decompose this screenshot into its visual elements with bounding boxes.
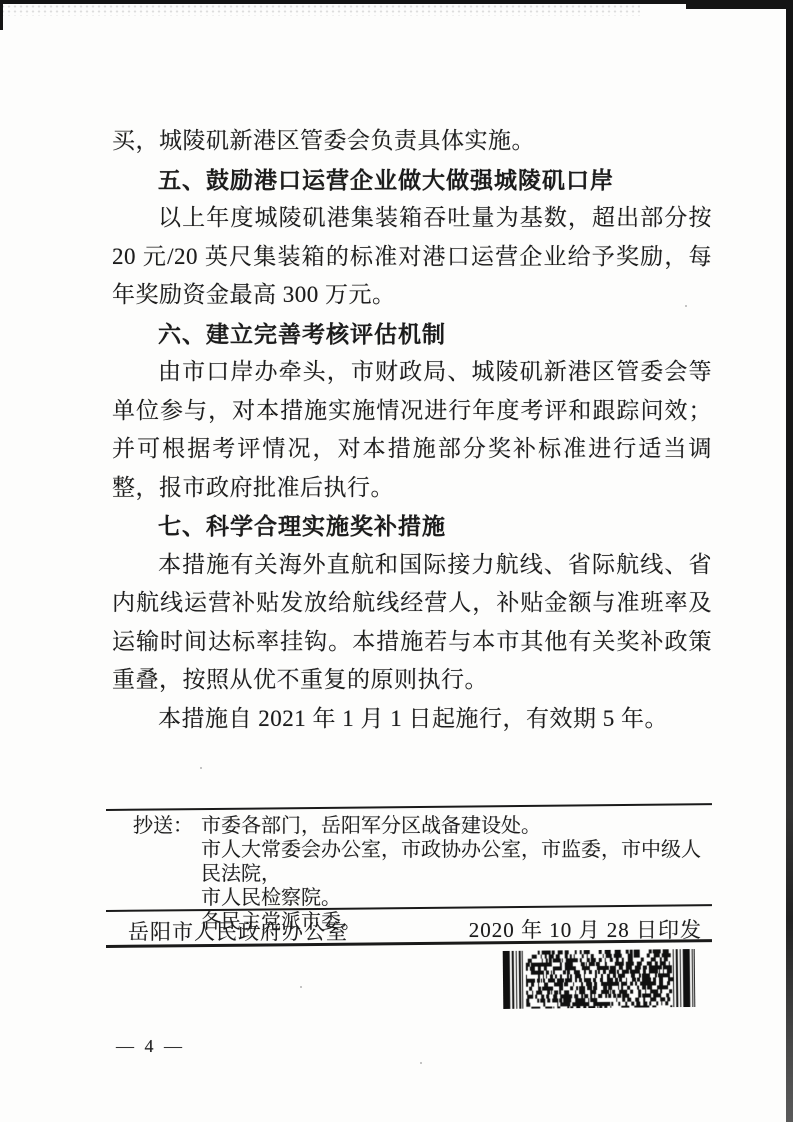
effective-date-paragraph: 本措施自 2021 年 1 月 1 日起施行，有效期 5 年。 <box>112 700 712 739</box>
scan-speck <box>420 1062 422 1064</box>
scanned-document-page: { "document": { "body": { "continuation_… <box>0 0 793 1122</box>
scan-speck <box>300 986 302 988</box>
document-body: 买，城陵矶新港区管委会负责具体实施。 五、鼓励港口运营企业做大做强城陵矶口岸 以… <box>112 122 712 738</box>
scan-top-right-artifact <box>686 0 793 9</box>
page-number: — 4 — <box>116 1036 185 1057</box>
cc-line: 市委各部门，岳阳军分区战备建设处。 <box>201 814 713 838</box>
continuation-paragraph: 买，城陵矶新港区管委会负责具体实施。 <box>112 122 712 161</box>
scan-left-notch-artifact <box>0 0 3 30</box>
paragraph: 本措施有关海外直航和国际接力航线、省际航线、省内航线运营补贴发放给航线经营人，补… <box>112 546 712 700</box>
footer-top-divider <box>106 803 712 811</box>
section-heading-6: 六、建立完善考核评估机制 <box>112 315 712 354</box>
scan-noise-artifact <box>0 4 640 16</box>
scan-right-edge-artifact <box>786 0 793 1122</box>
cc-line: 市人大常委会办公室，市政协办公室，市监委，市中级人民法院， <box>201 838 713 886</box>
paragraph: 由市口岸办牵头，市财政局、城陵矶新港区管委会等单位参与，对本措施实施情况进行年度… <box>112 353 712 507</box>
paragraph: 以上年度城陵矶港集装箱吞吐量为基数，超出部分按 20 元/20 英尺集装箱的标准… <box>112 199 712 315</box>
issuing-office: 岳阳市人民政府办公室 <box>128 916 348 946</box>
scan-speck <box>200 767 202 769</box>
section-heading-7: 七、科学合理实施奖补措施 <box>112 507 712 546</box>
section-heading-5: 五、鼓励港口运营企业做大做强城陵矶口岸 <box>112 161 712 200</box>
pdf417-barcode-icon <box>503 949 696 1009</box>
